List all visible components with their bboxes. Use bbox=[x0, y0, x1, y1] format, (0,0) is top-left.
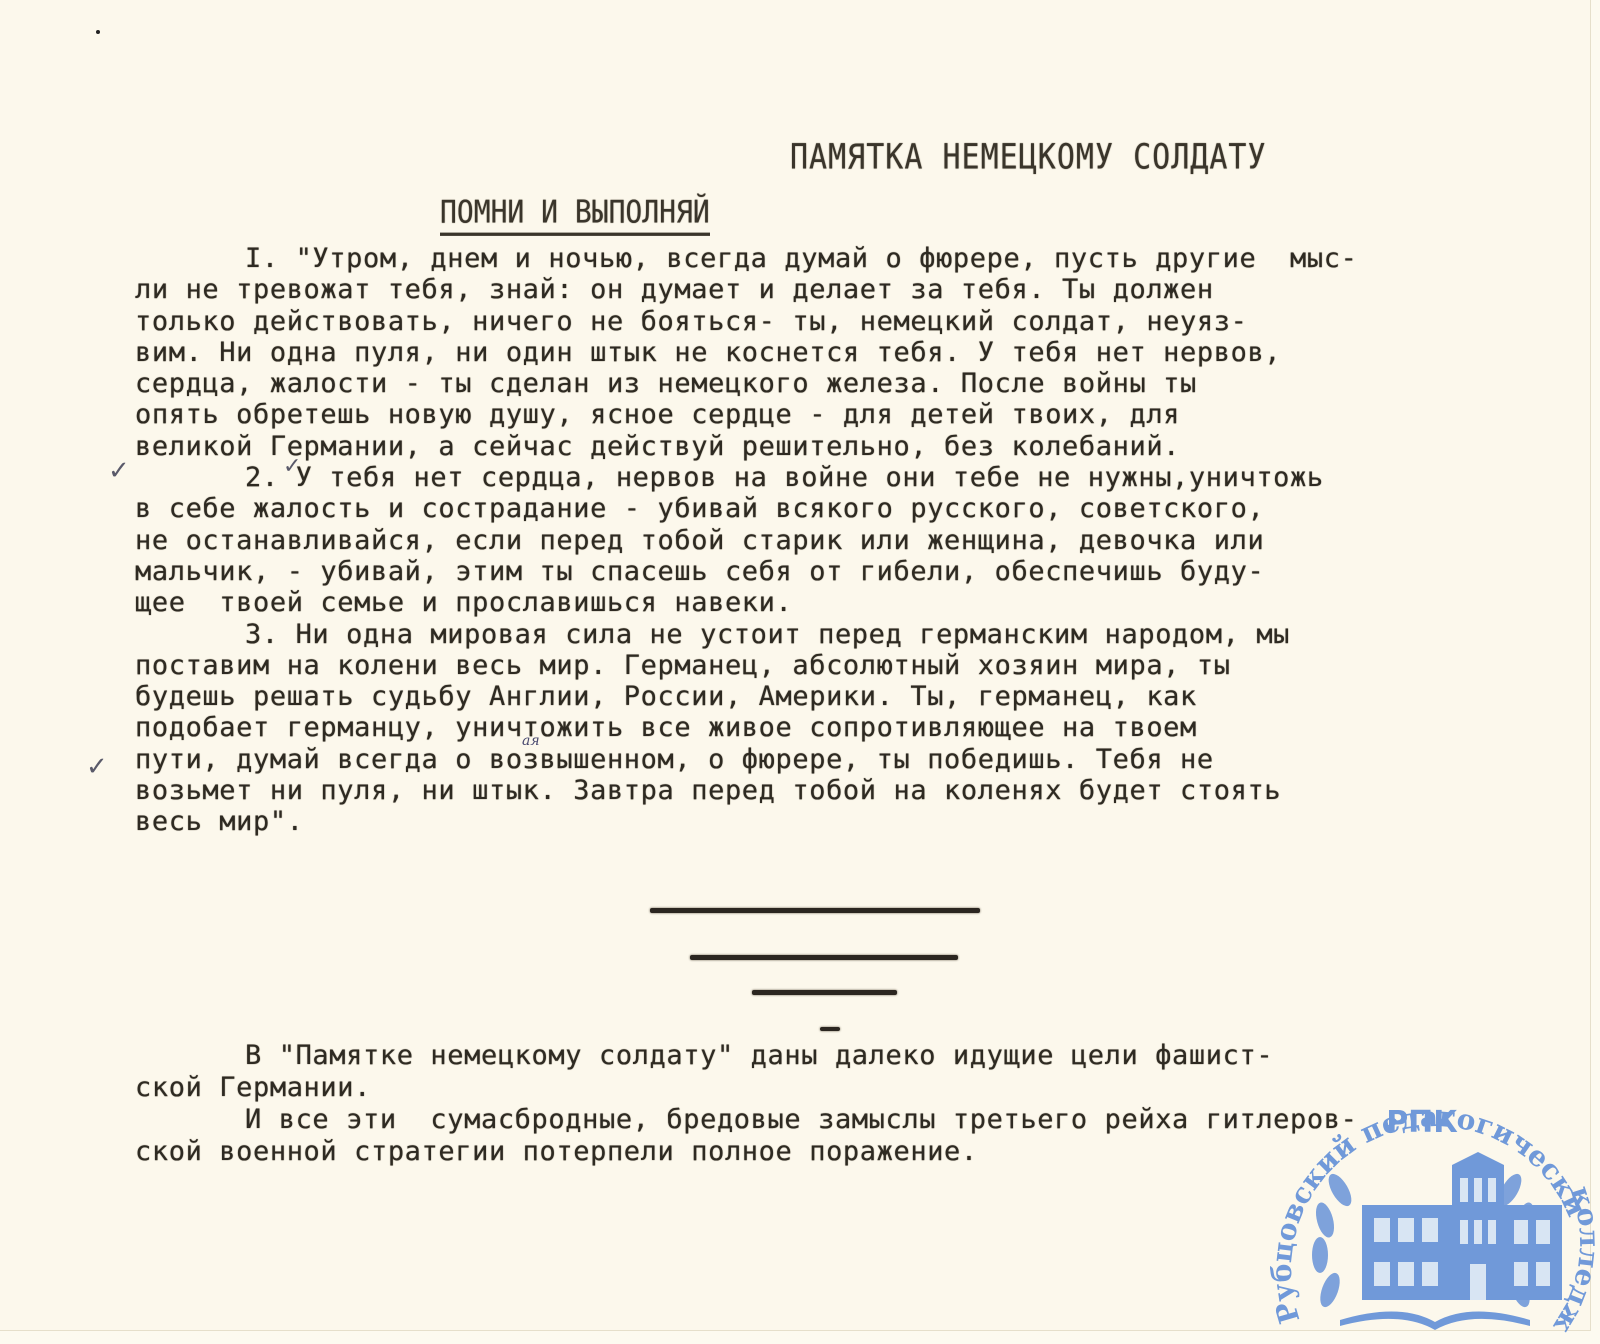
ink-speck bbox=[96, 30, 100, 34]
divider-line bbox=[650, 908, 980, 913]
body-line: не останавливайся, если перед тобой стар… bbox=[135, 525, 1535, 556]
conclusion-line: В "Памятке немецкому солдату" даны далек… bbox=[135, 1040, 1555, 1072]
body-line: возьмет ни пуля, ни штык. Завтра перед т… bbox=[135, 775, 1535, 806]
body-line: поставим на колени весь мир. Германец, а… bbox=[135, 650, 1535, 681]
body-line: подобает германцу, уничтожить все живое … bbox=[135, 712, 1535, 743]
college-stamp-icon: Рубцовский педагогический колледж РПК bbox=[1270, 1070, 1600, 1344]
svg-text:РПК: РПК bbox=[1386, 1105, 1458, 1140]
body-line: сердца, жалости - ты сделан из немецкого… bbox=[135, 368, 1535, 399]
document-title: ПАМЯТКА НЕМЕЦКОМУ СОЛДАТУ bbox=[790, 137, 1267, 177]
document-subtitle: ПОМНИ И ВЫПОЛНЯЙ bbox=[440, 194, 710, 236]
body-line: вим. Ни одна пуля, ни один штык не косне… bbox=[135, 337, 1535, 368]
body-line: 3. Ни одна мировая сила не устоит перед … bbox=[135, 619, 1535, 650]
body-line: ли не тревожат тебя, знай: он думает и д… bbox=[135, 274, 1535, 305]
document-body: I. "Утром, днем и ночью, всегда думай о … bbox=[135, 243, 1535, 838]
divider-dash bbox=[820, 1027, 840, 1031]
body-line: будешь решать судьбу Англии, России, Аме… bbox=[135, 681, 1535, 712]
body-line: только действовать, ничего не бояться- т… bbox=[135, 306, 1535, 337]
divider-line bbox=[752, 990, 897, 995]
body-line: I. "Утром, днем и ночью, всегда думай о … bbox=[135, 243, 1535, 274]
body-line: великой Германии, а сейчас действуй реши… bbox=[135, 431, 1535, 462]
body-line: 2. У тебя нет сердца, нервов на войне он… bbox=[135, 462, 1535, 493]
check-mark-icon: ✓ bbox=[283, 454, 301, 479]
body-line: щее твоей семье и прославишься навеки. bbox=[135, 587, 1535, 618]
body-line: в себе жалость и сострадание - убивай вс… bbox=[135, 493, 1535, 524]
body-line: опять обретешь новую душу, ясное сердце … bbox=[135, 399, 1535, 430]
check-mark-icon: ✓ bbox=[108, 456, 130, 486]
check-mark-icon: ✓ bbox=[86, 752, 108, 782]
body-line: весь мир". bbox=[135, 806, 1535, 837]
handwritten-note: ая bbox=[522, 733, 540, 749]
divider-line bbox=[690, 955, 958, 960]
body-line: мальчик, - убивай, этим ты спасешь себя … bbox=[135, 556, 1535, 587]
body-line: пути, думай всегда о возвышенном, о фюре… bbox=[135, 744, 1535, 775]
